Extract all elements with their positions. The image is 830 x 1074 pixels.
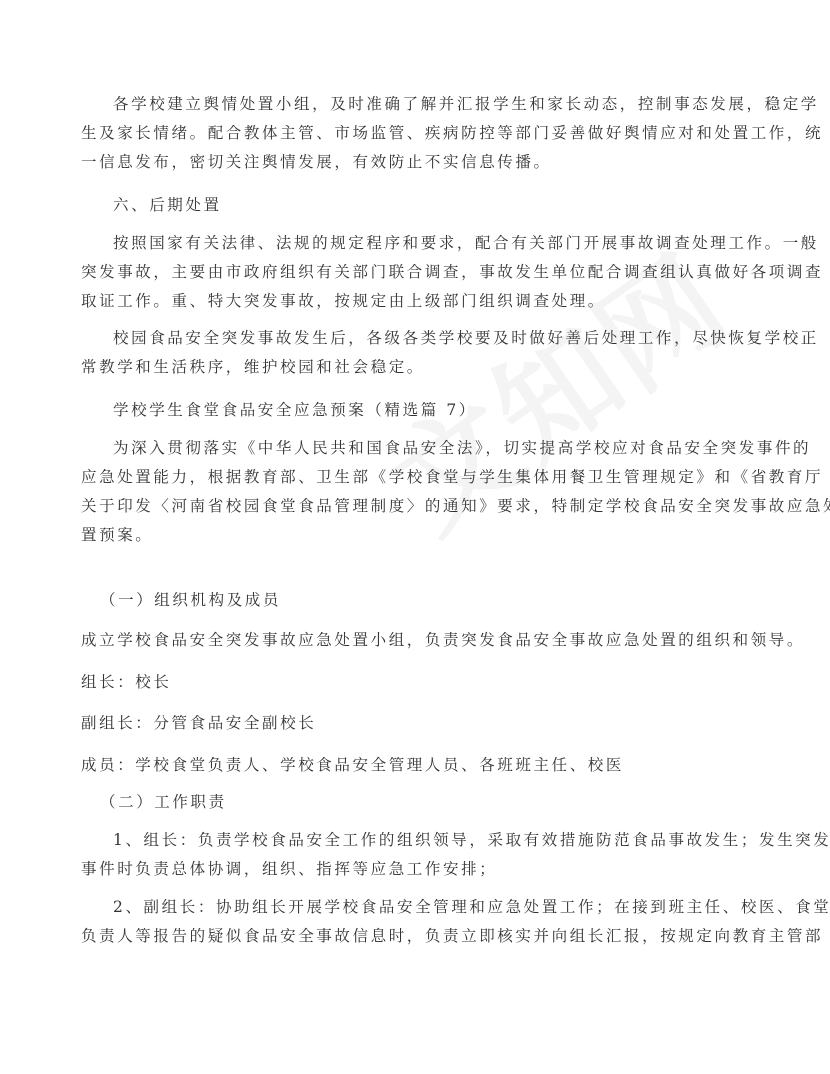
article-title: 学校学生食堂食品安全应急预案（精选篇 7）	[113, 400, 477, 420]
paragraph-line: 成立学校食品安全突发事故应急处置小组，负责突发食品安全事故应急处置的组织和领导。	[81, 630, 805, 650]
paragraph-line: 取证工作。重、特大突发事故，按规定由上级部门组织调查处理。	[81, 291, 606, 311]
paragraph-line: 按照国家有关法律、法规的规定程序和要求，配合有关部门开展事故调查处理工作。一般	[113, 233, 819, 253]
subsection-heading: （二）工作职责	[100, 792, 227, 812]
section-heading: 六、后期处置	[113, 195, 222, 215]
paragraph-line: 1、组长：负责学校食品安全工作的组织领导，采取有效措施防范食品事故发生；发生突发	[113, 830, 830, 850]
paragraph-line: 副组长：分管食品安全副校长	[81, 713, 316, 733]
subsection-heading: （一）组织机构及成员	[100, 590, 281, 610]
paragraph-line: 负责人等报告的疑似食品安全事故信息时，负责立即核实并向组长汇报，按规定向教育主管…	[81, 926, 823, 946]
paragraph-line: 为深入贯彻落实《中华人民共和国食品安全法》，切实提高学校应对食品安全突发事件的	[113, 438, 811, 458]
paragraph-line: 常教学和生活秩序，维护校园和社会稳定。	[81, 357, 425, 377]
paragraph-line: 一信息发布，密切关注舆情发展，有效防止不实信息传播。	[81, 152, 552, 172]
paragraph-line: 事件时负责总体协调，组织、指挥等应急工作安排；	[81, 859, 497, 879]
paragraph-line: 应急处置能力，根据教育部、卫生部《学校食堂与学生集体用餐卫生管理规定》和《省教育…	[81, 467, 823, 487]
paragraph-line: 2、副组长：协助组长开展学校食品安全管理和应急处置工作；在接到班主任、校医、食堂	[113, 897, 830, 917]
paragraph-line: 成员：学校食堂负责人、学校食品安全管理人员、各班班主任、校医	[81, 755, 624, 775]
paragraph-line: 置预案。	[81, 525, 153, 545]
paragraph-line: 组长：校长	[81, 672, 172, 692]
paragraph-line: 关于印发〈河南省校园食堂食品管理制度〉的通知》要求，特制定学校食品安全突发事故应…	[81, 496, 830, 516]
paragraph-line: 校园食品安全突发事故发生后，各级各类学校要及时做好善后处理工作，尽快恢复学校正	[113, 328, 819, 348]
document-page: 文知网 各学校建立舆情处置小组，及时准确了解并汇报学生和家长动态，控制事态发展，…	[0, 0, 830, 1074]
paragraph-line: 生及家长情绪。配合教体主管、市场监管、疾病防控等部门妥善做好舆情应对和处置工作，…	[81, 123, 823, 143]
paragraph-line: 突发事故，主要由市政府组织有关部门联合调查，事故发生单位配合调查组认真做好各项调…	[81, 262, 823, 282]
paragraph-line: 各学校建立舆情处置小组，及时准确了解并汇报学生和家长动态，控制事态发展，稳定学	[113, 94, 819, 114]
